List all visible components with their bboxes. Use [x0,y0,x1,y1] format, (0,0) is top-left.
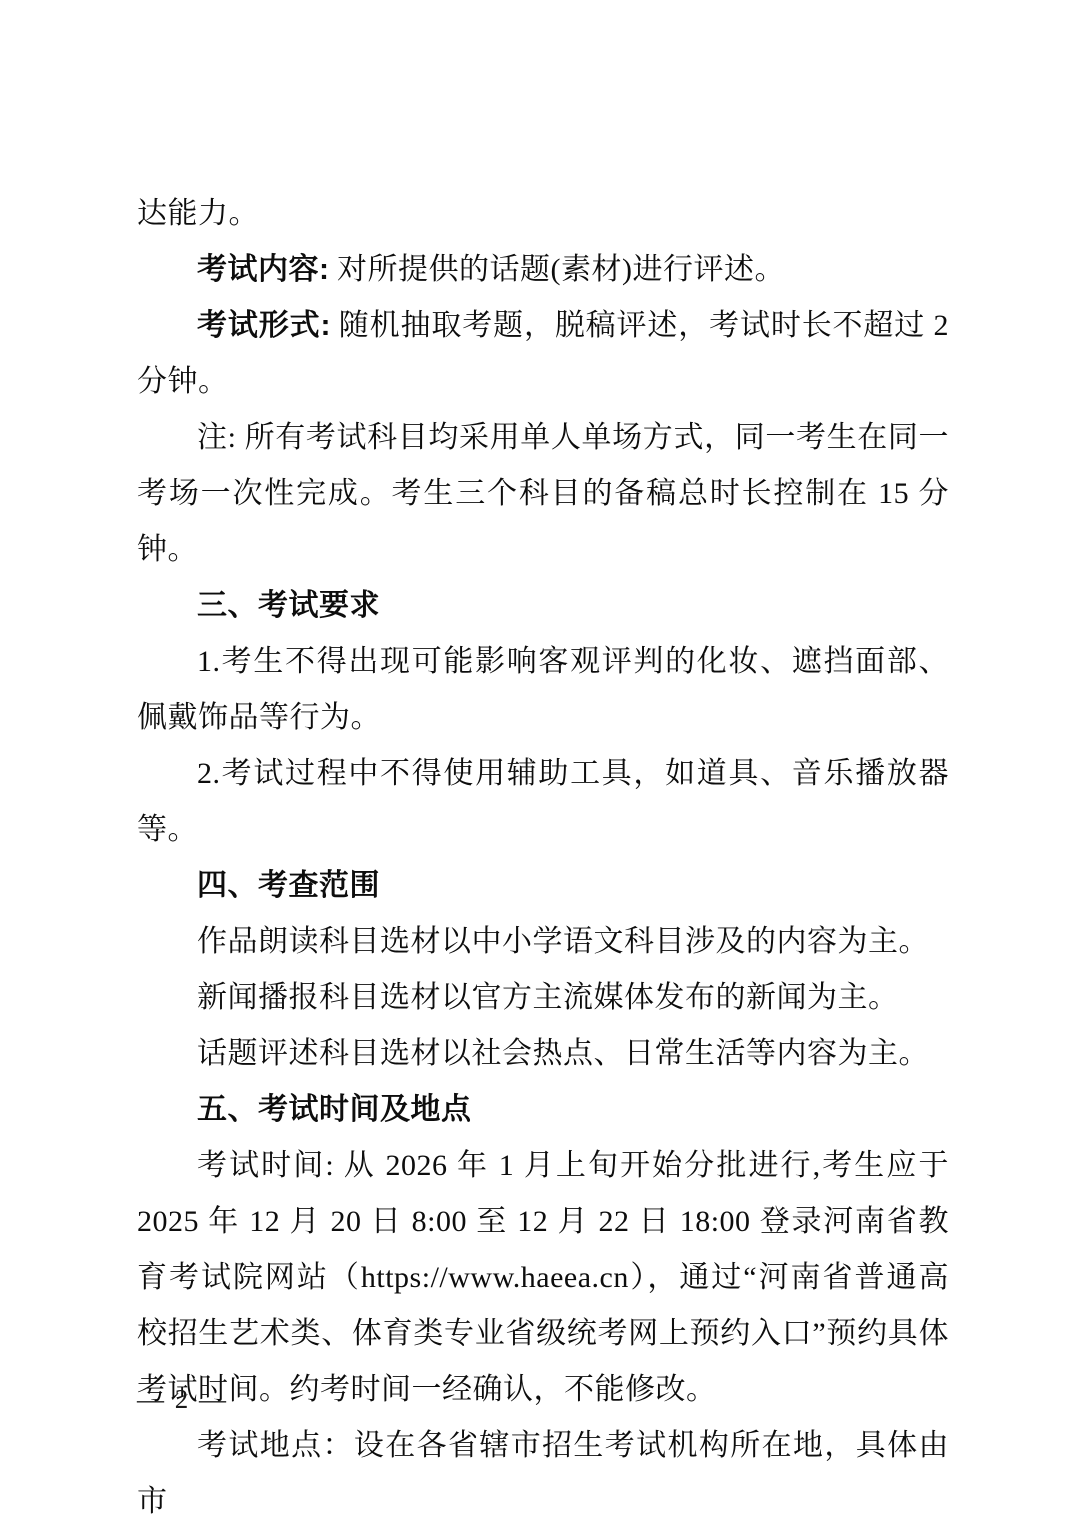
paragraph-text: 对所提供的话题(素材)进行评述。 [337,253,785,286]
paragraph-exam-format: 考试形式:随机抽取考题，脱稿评述，考试时长不超过 2 分钟。 [137,298,949,410]
section-heading-3-exam-requirements: 三、考试要求 [137,578,949,634]
paragraph-text: 1.考生不得出现可能影响客观评判的化妆、遮挡面部、佩戴饰品等行为。 [137,645,949,734]
document-page: 达能力。 考试内容:对所提供的话题(素材)进行评述。 考试形式:随机抽取考题，脱… [0,0,1080,1527]
paragraph-requirement-1: 1.考生不得出现可能影响客观评判的化妆、遮挡面部、佩戴饰品等行为。 [137,634,949,746]
paragraph-text: 考试时间: 从 2026 年 1 月上旬开始分批进行,考生应于 2025 年 1… [137,1149,949,1406]
paragraph-scope-reading: 作品朗读科目选材以中小学语文科目涉及的内容为主。 [137,914,949,970]
document-content: 达能力。 考试内容:对所提供的话题(素材)进行评述。 考试形式:随机抽取考题，脱… [137,186,949,1527]
bold-label-exam-content: 考试内容: [197,253,330,286]
paragraph-exam-time: 考试时间: 从 2026 年 1 月上旬开始分批进行,考生应于 2025 年 1… [137,1138,949,1418]
paragraph-text: 新闻播报科目选材以官方主流媒体发布的新闻为主。 [197,981,899,1014]
section-heading-4-exam-scope: 四、考查范围 [137,858,949,914]
paragraph-text: 注: 所有考试科目均采用单人单场方式，同一考生在同一考场一次性完成。考生三个科目… [137,421,949,566]
paragraph-text: 2.考试过程中不得使用辅助工具，如道具、音乐播放器等。 [137,757,949,846]
paragraph-scope-topic: 话题评述科目选材以社会热点、日常生活等内容为主。 [137,1026,949,1082]
paragraph-exam-location: 考试地点：设在各省辖市招生考试机构所在地，具体由市 [137,1418,949,1527]
paragraph-text: 考试地点：设在各省辖市招生考试机构所在地，具体由市 [137,1429,949,1518]
paragraph-note: 注: 所有考试科目均采用单人单场方式，同一考生在同一考场一次性完成。考生三个科目… [137,410,949,578]
paragraph-text: 作品朗读科目选材以中小学语文科目涉及的内容为主。 [197,925,929,958]
paragraph-continuation: 达能力。 [137,186,949,242]
paragraph-text: 达能力。 [137,197,259,230]
paragraph-exam-content: 考试内容:对所提供的话题(素材)进行评述。 [137,242,949,298]
section-heading-5-time-and-place: 五、考试时间及地点 [137,1082,949,1138]
paragraph-text: 话题评述科目选材以社会热点、日常生活等内容为主。 [197,1037,929,1070]
page-number: — 2 — [137,1377,228,1421]
paragraph-scope-news: 新闻播报科目选材以官方主流媒体发布的新闻为主。 [137,970,949,1026]
bold-label-exam-format: 考试形式: [197,309,331,342]
paragraph-requirement-2: 2.考试过程中不得使用辅助工具，如道具、音乐播放器等。 [137,746,949,858]
